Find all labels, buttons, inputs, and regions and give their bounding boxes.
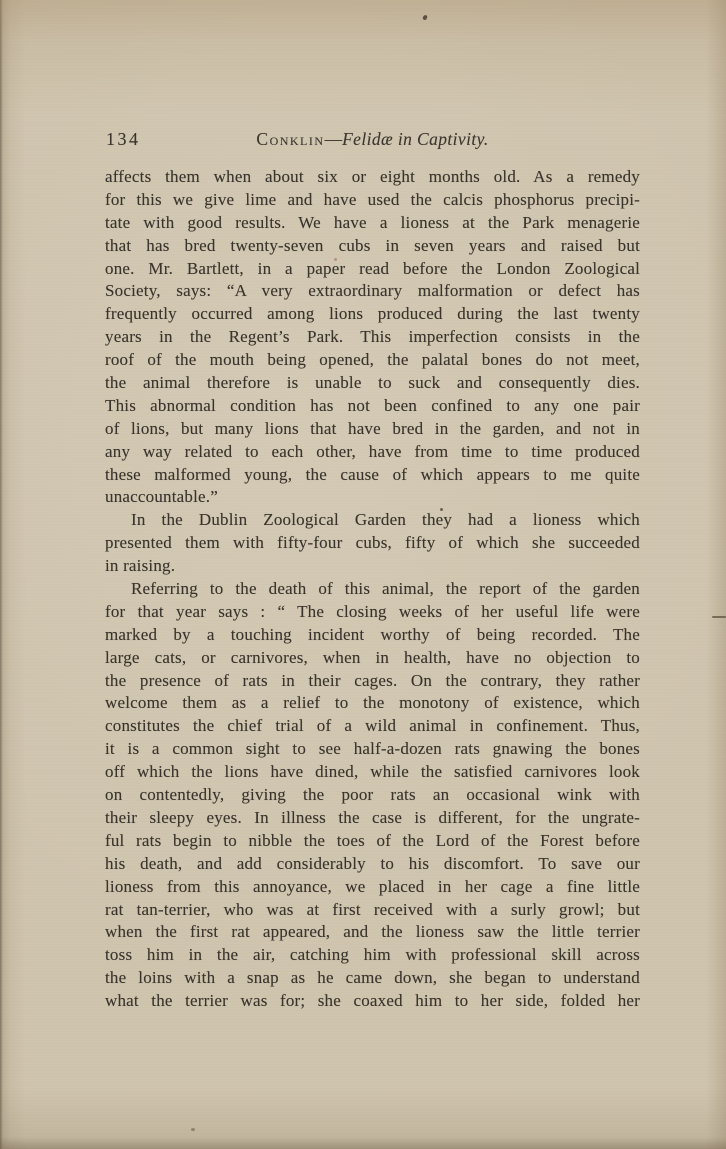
text-line: In the Dublin Zoological Garden they had…: [105, 509, 640, 532]
text-line: for that year says : “ The closing weeks…: [105, 601, 640, 624]
running-header-title: Felidæ in Captivity.: [342, 129, 489, 149]
running-header: Conklin—Felidæ in Captivity.: [105, 129, 640, 150]
text-line: toss him in the air, catching him with p…: [105, 944, 640, 967]
text-line: frequently occurred among lions produced…: [105, 303, 640, 326]
body-text: affects them when about six or eight mon…: [105, 166, 640, 1013]
text-line: the animal therefore is unable to suck a…: [105, 372, 640, 395]
text-line: tate with good results. We have a liones…: [105, 212, 640, 235]
text-line: Referring to the death of this animal, t…: [105, 578, 640, 601]
text-line: unaccountable.”: [105, 486, 640, 509]
text-line: for this we give lime and have used the …: [105, 189, 640, 212]
text-line: marked by a touching incident worthy of …: [105, 624, 640, 647]
text-line: rat tan-terrier, who was at first receiv…: [105, 899, 640, 922]
ink-speck: [334, 258, 337, 261]
page-edge-mark: [712, 616, 726, 618]
text-line: large cats, or carnivores, when in healt…: [105, 647, 640, 670]
text-line: years in the Regent’s Park. This imperfe…: [105, 326, 640, 349]
running-header-author: Conklin: [256, 129, 324, 149]
ink-speck: [191, 1128, 195, 1131]
text-line: constitutes the chief trial of a wild an…: [105, 715, 640, 738]
text-line: what the terrier was for; she coaxed him…: [105, 990, 640, 1013]
text-line: of lions, but many lions that have bred …: [105, 418, 640, 441]
text-line: when the first rat appeared, and the lio…: [105, 921, 640, 944]
text-line: affects them when about six or eight mon…: [105, 166, 640, 189]
text-line: these malformed young, the cause of whic…: [105, 464, 640, 487]
text-line: that has bred twenty-seven cubs in seven…: [105, 235, 640, 258]
text-line: on contentedly, giving the poor rats an …: [105, 784, 640, 807]
running-header-separator: —: [325, 129, 343, 149]
text-line: their sleepy eyes. In illness the case i…: [105, 807, 640, 830]
text-line: the presence of rats in their cages. On …: [105, 670, 640, 693]
text-line: off which the lions have dined, while th…: [105, 761, 640, 784]
text-line: ful rats begin to nibble the toes of the…: [105, 830, 640, 853]
text-line: his death, and add considerably to his d…: [105, 853, 640, 876]
text-line: welcome them as a relief to the monotony…: [105, 692, 640, 715]
ink-speck: [422, 14, 427, 20]
text-line: the loins with a snap as he came down, s…: [105, 967, 640, 990]
text-line: it is a common sight to see half-a-dozen…: [105, 738, 640, 761]
book-page-scan: 134 Conklin—Felidæ in Captivity. affects…: [0, 0, 726, 1149]
text-line: lioness from this annoyance, we placed i…: [105, 876, 640, 899]
text-line: presented them with fifty-four cubs, fif…: [105, 532, 640, 555]
text-line: This abnormal condition has not been con…: [105, 395, 640, 418]
text-line: roof of the mouth being opened, the pala…: [105, 349, 640, 372]
text-line: Society, says: “A very extraordinary mal…: [105, 280, 640, 303]
text-line: any way related to each other, have from…: [105, 441, 640, 464]
ink-speck: [440, 508, 443, 511]
text-line: in raising.: [105, 555, 640, 578]
text-line: one. Mr. Bartlett, in a paper read befor…: [105, 258, 640, 281]
